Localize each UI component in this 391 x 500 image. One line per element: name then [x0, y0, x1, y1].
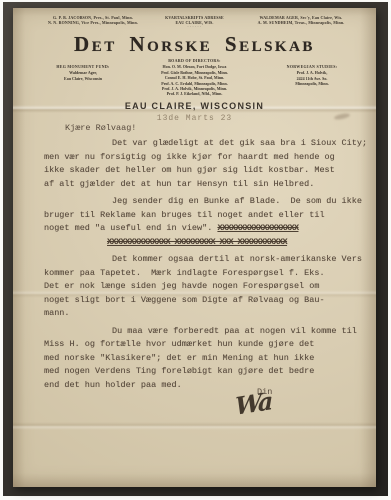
letter-document: G. P. B. JACOBSON, Pres., St. Paul, Minn… — [13, 8, 376, 487]
letterhead-officers-row: G. P. B. JACOBSON, Pres., St. Paul, Minn… — [13, 15, 376, 31]
letter-line-text: af alt gjælder det at hun tar Hensyn til… — [44, 179, 314, 189]
letter-line-text: Du maa være forberedt paa at nogen vil k… — [112, 326, 357, 336]
letter-line-text: Det var glædeligt at det gik saa bra i S… — [112, 138, 367, 148]
board-of-directors-block: BOARD OF DIRECTORS: Hon. O. M. Oleson, F… — [115, 58, 275, 97]
letter-line-text: noget sligt bort i Væggene som Digte af … — [44, 295, 325, 305]
letter-line-text: men vær nu forsigtig og ikke kjør for ha… — [44, 152, 335, 162]
struck-out-text: XXXXXXXXXXXXXXXXXX — [217, 223, 298, 233]
letter-line-text: kommer paa Tapetet. Mærk indlagte Foresp… — [44, 268, 325, 278]
letter-line: med norske "Klasikere"; det er min Menin… — [44, 352, 360, 366]
letter-line: noget sligt bort i Væggene som Digte af … — [44, 294, 360, 308]
letter-line-text: mann. — [44, 308, 70, 318]
signature: Wa — [235, 386, 271, 421]
letter-line-text: Det kommer ogsaa dertil at norsk-amerika… — [112, 254, 362, 264]
letter-line-text: Jeg sender dig en Bunke af Blade. De som… — [112, 196, 362, 206]
letter-body: Det var glædeligt at det gik saa bra i S… — [44, 137, 360, 392]
text-line: A. M. SUNDHEIM, Treas., Minneapolis, Min… — [230, 20, 372, 25]
letter-date: 13de Marts 23 — [13, 114, 376, 123]
ornament-dots: . . . . . . — [135, 25, 255, 28]
letter-line: Miss H. og fortælle hvor udmærket hun ku… — [44, 338, 360, 352]
letter-line: ikke skader det heller om hun gjør sig l… — [44, 164, 360, 178]
letter-line: Du maa være forberedt paa at nogen vil k… — [44, 325, 360, 339]
letter-line: af alt gjælder det at hun tar Hensyn til… — [44, 178, 360, 192]
letter-line: kommer paa Tapetet. Mærk indlagte Foresp… — [44, 267, 360, 281]
block-heading: NORWEGIAN STUDIES: — [254, 64, 370, 69]
text-line: Prof. P. J. Eikeland, Nfld., Minn. — [115, 91, 275, 96]
letter-line-text: med norske "Klasikere"; det er min Menin… — [44, 353, 314, 363]
letter-line: men vær nu forsigtig og ikke kjør for ha… — [44, 151, 360, 165]
letter-line: Det var glædeligt at det gik saa bra i S… — [44, 137, 360, 151]
letter-line: Jeg sender dig en Bunke af Blade. De som… — [44, 195, 360, 209]
letter-line: Det er nok længe siden jeg havde nogen F… — [44, 280, 360, 294]
letter-line: Det kommer ogsaa dertil at norsk-amerika… — [44, 253, 360, 267]
salutation: Kjære Rølvaag! — [65, 123, 136, 133]
letter-line-text: end det hun holder paa med. — [44, 380, 182, 390]
struck-out-text: XXXXXXXXXXXXXX XXXXXXXXX XXX XXXXXXXXXXX — [107, 237, 287, 247]
letter-line-text: noget med "a useful end in view". — [44, 223, 217, 233]
letter-line-text: ikke skader det heller om hun gjør sig l… — [44, 165, 335, 175]
block-lines: Hon. O. M. Oleson, Fort Dodge, IowaProf.… — [115, 64, 275, 96]
text-line: Minneapolis, Minn. — [254, 81, 370, 86]
society-title: Det Norske Selskab — [13, 32, 376, 57]
letter-line: XXXXXXXXXXXXXX XXXXXXXXX XXX XXXXXXXXXXX — [44, 236, 360, 250]
letter-line: noget med "a useful end in view". XXXXXX… — [44, 222, 360, 236]
letter-line-text: bruger til Reklame kan bruges til noget … — [44, 210, 325, 220]
letter-line: end det hun holder paa med. — [44, 379, 360, 393]
letter-line: bruger til Reklame kan bruges til noget … — [44, 209, 360, 223]
letter-line-text: med nogen Verdens Ting foreløbigt kan gj… — [44, 366, 314, 376]
officers-right: WALDEMAR AGER, Sec'y, Eau Claire, Wis.A.… — [230, 15, 372, 25]
city-line: EAU CLAIRE, WISCONSIN — [13, 101, 376, 111]
letter-line: mann. — [44, 307, 360, 321]
block-lines: Prof. J. A. Holvik,2424 11th Ave. So.Min… — [254, 70, 370, 86]
letter-line-text: Det er nok længe siden jeg havde nogen F… — [44, 281, 319, 291]
block-heading: BOARD OF DIRECTORS: — [115, 58, 275, 63]
letter-line-text: Miss H. og fortælle hvor udmærket hun ku… — [44, 339, 314, 349]
letter-line: med nogen Verdens Ting foreløbigt kan gj… — [44, 365, 360, 379]
norwegian-studies-block: NORWEGIAN STUDIES: Prof. J. A. Holvik,24… — [254, 64, 370, 87]
